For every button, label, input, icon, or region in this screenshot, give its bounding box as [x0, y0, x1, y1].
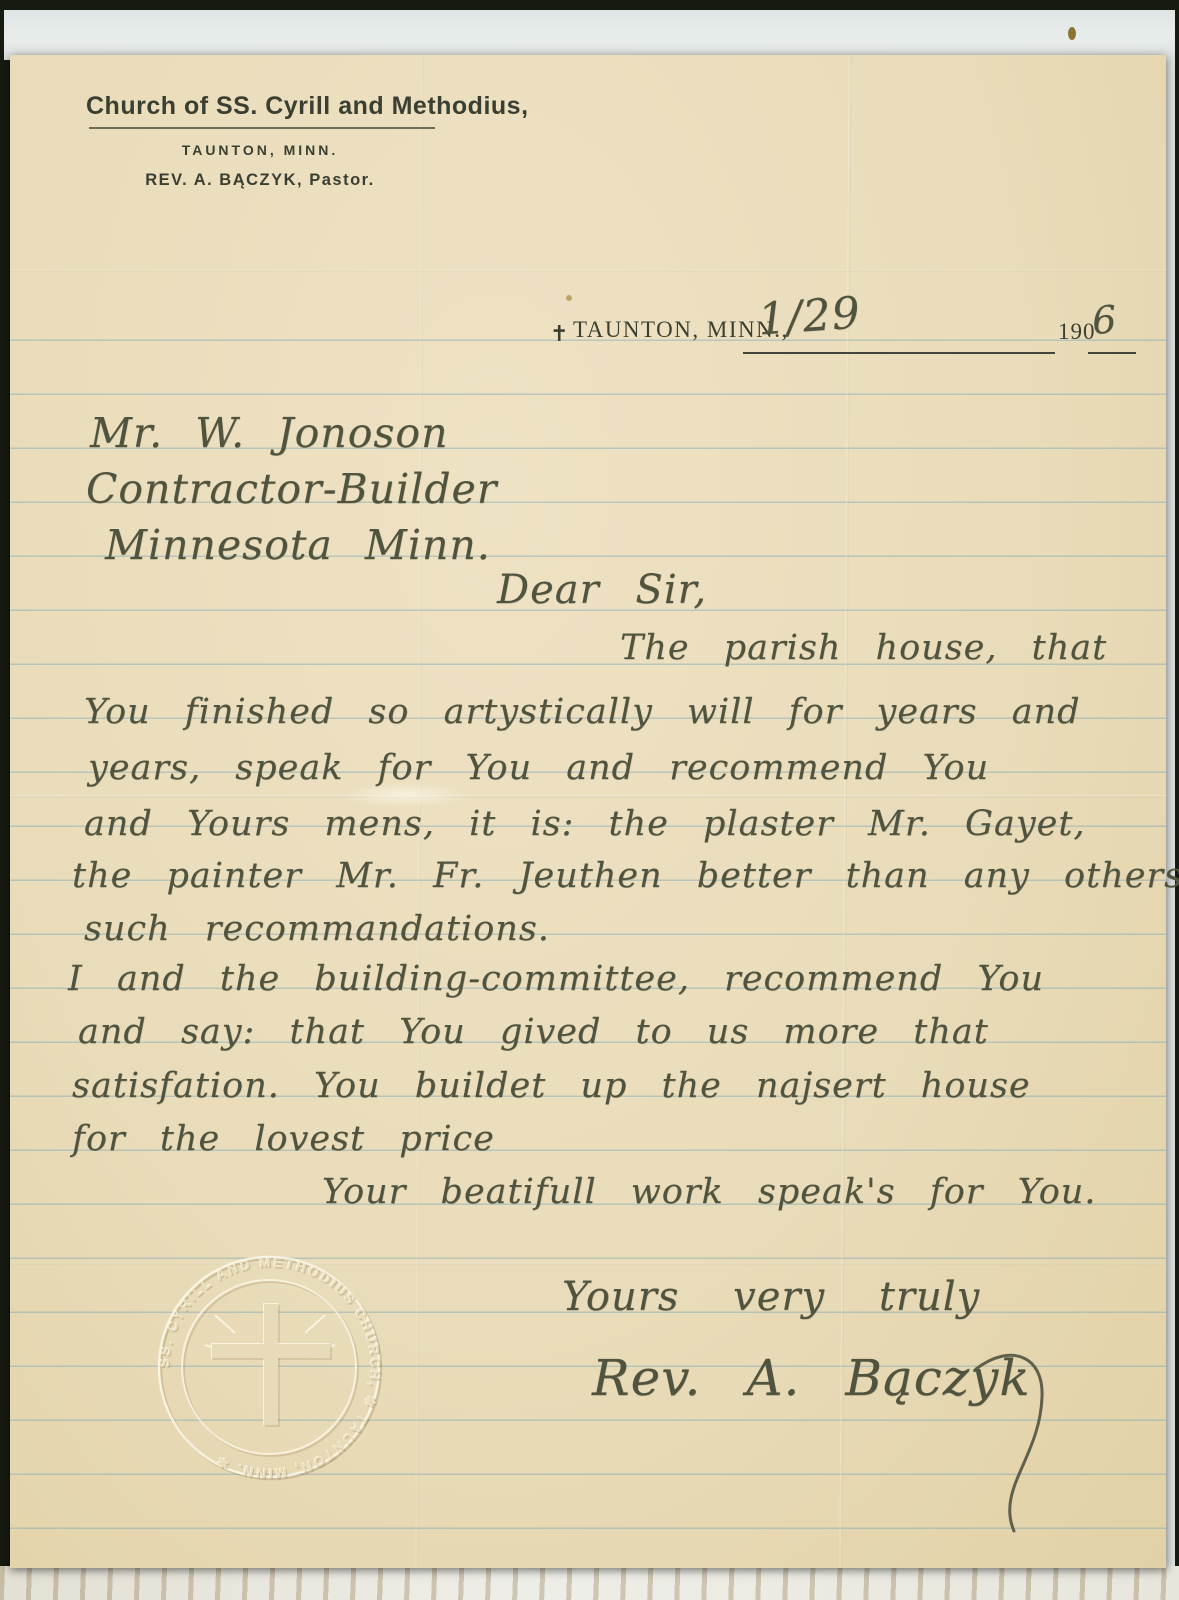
valediction: Yours very truly — [562, 1277, 980, 1317]
backing-board-bottom-stained — [0, 1566, 1179, 1600]
letterhead-church-name: Church of SS. Cyrill and Methodius, — [86, 92, 434, 121]
signature-flourish-stroke — [962, 1341, 1092, 1541]
body-line: and say: that You gived to us more that — [78, 1015, 989, 1050]
dateline-year-printed: 190 — [1058, 319, 1096, 345]
embossed-church-seal: SS. CYRILL AND METHODIUS CHURCH, ✱ TAUNT… — [135, 1233, 405, 1503]
backing-board-top — [4, 10, 1175, 60]
letterhead-location: TAUNTON, MINN. — [86, 142, 434, 158]
salutation: Dear Sir, — [497, 570, 707, 610]
dateline-rule — [743, 352, 1055, 354]
letterhead-underline — [89, 127, 435, 129]
dateline-place-printed: TAUNTON, MINN., — [573, 317, 789, 343]
seal-cross-icon — [205, 1303, 335, 1427]
stain-speck-top — [1068, 27, 1076, 40]
body-line: years, speak for You and recommend You — [88, 751, 989, 786]
stain-speck-middle — [566, 295, 572, 301]
dateline-year-rule — [1088, 352, 1136, 354]
horizontal-fold-crease-top — [10, 269, 1166, 272]
scanned-letter-page: { "letterhead": { "church_name": "Church… — [0, 0, 1179, 1600]
body-line: satisfation. You buildet up the najsert … — [72, 1069, 1031, 1104]
recipient-occupation: Contractor-Builder — [86, 469, 497, 510]
body-line: for the lovest price — [72, 1122, 495, 1157]
horizontal-fold-crease-middle — [10, 795, 1166, 798]
dateline-handwritten-date: 1/29 — [757, 291, 863, 342]
body-line: Your beatifull work speak's for You. — [322, 1175, 1096, 1210]
cross-icon: ✝ — [550, 321, 568, 347]
backing-board-right-edge — [1166, 56, 1175, 1572]
body-line: such recommandations. — [84, 912, 550, 947]
dateline-year-handwritten: 6 — [1091, 300, 1119, 340]
body-line: and Yours mens, it is: the plaster Mr. G… — [84, 807, 1086, 842]
recipient-location: Minnesota Minn. — [105, 525, 491, 566]
body-line: I and the building-committee, recommend … — [68, 962, 1044, 997]
body-line: the painter Mr. Fr. Jeuthen better than … — [72, 859, 1179, 894]
body-line: The parish house, that — [620, 631, 1107, 666]
recipient-name: Mr. W. Jonoson — [90, 413, 449, 454]
letterhead-pastor: REV. A. BĄCZYK, Pastor. — [86, 171, 434, 190]
letter-paper: Church of SS. Cyrill and Methodius, TAUN… — [10, 55, 1166, 1568]
body-line: You finished so artystically will for ye… — [84, 695, 1081, 730]
